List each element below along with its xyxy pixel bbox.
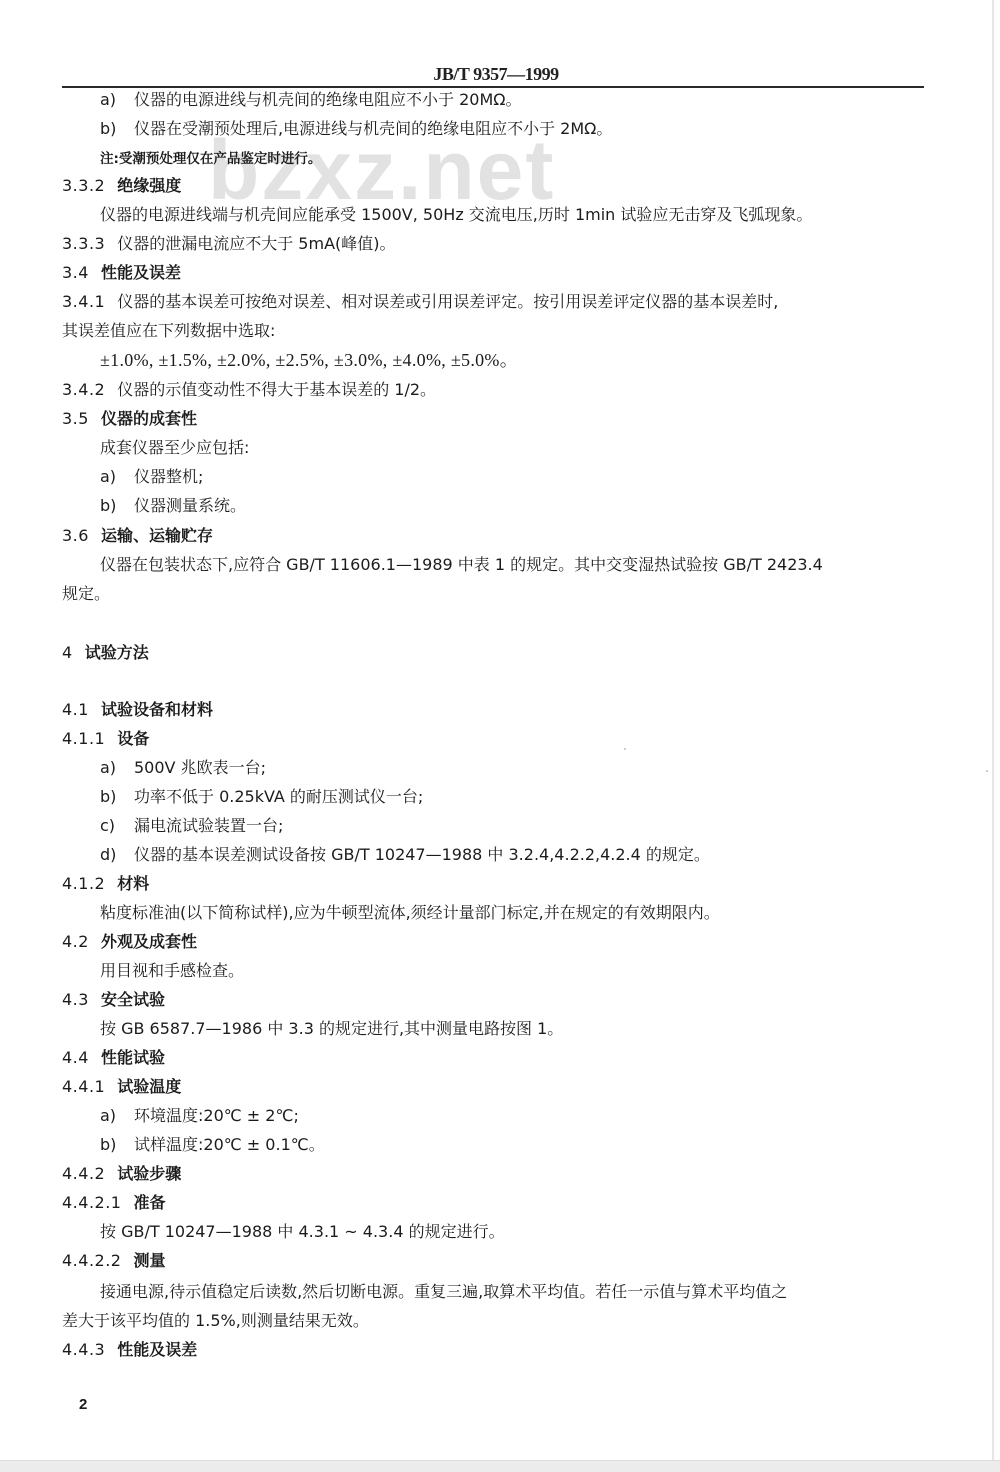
section-heading-4-4-3: 4.4.3性能及误差 [62,1340,197,1360]
section-heading-3-5: 3.5仪器的成套性 [62,409,197,429]
list-item: a)环境温度:20℃ ± 2℃; [100,1106,299,1126]
list-label: b) [100,496,134,516]
list-item: d)仪器的基本误差测试设备按 GB/T 10247—1988 中 3.2.4,4… [100,845,710,865]
list-item: c)漏电流试验装置一台; [100,816,283,836]
viewer-bottom-edge [0,1460,1000,1472]
section-heading-4-2: 4.2外观及成套性 [62,932,197,952]
section-text: 仪器的基本误差可按绝对误差、相对误差或引用误差评定。按引用误差评定仪器的基本误差… [117,292,778,311]
list-text: 功率不低于 0.25kVA 的耐压测试仪一台; [134,787,423,806]
list-item: b)仪器测量系统。 [100,496,246,516]
section-title: 安全试验 [101,990,165,1009]
list-label: b) [100,119,134,139]
list-label: c) [100,816,134,836]
section-title: 测量 [133,1251,165,1270]
section-title: 仪器的成套性 [101,409,197,428]
section-number: 4.4.2.2 [62,1251,121,1270]
list-text: 仪器在受潮预处理后,电源进线与机壳间的绝缘电阻应不小于 2MΩ。 [134,119,612,138]
chapter-heading-4: 4试验方法 [62,643,149,663]
list-text: 仪器测量系统。 [134,496,246,515]
list-item: b)仪器在受潮预处理后,电源进线与机壳间的绝缘电阻应不小于 2MΩ。 [100,119,612,139]
list-item: a)仪器的电源进线与机壳间的绝缘电阻应不小于 20MΩ。 [100,90,521,110]
section-title: 性能及误差 [117,1340,197,1359]
paragraph: 仪器在包装状态下,应符合 GB/T 11606.1—1989 中表 1 的规定。… [100,555,823,575]
error-values-list: ±1.0%, ±1.5%, ±2.0%, ±2.5%, ±3.0%, ±4.0%… [100,350,518,370]
section-title: 外观及成套性 [101,932,197,951]
section-title: 设备 [117,729,149,748]
section-number: 4.4 [62,1048,89,1067]
section-3-4-1: 3.4.1仪器的基本误差可按绝对误差、相对误差或引用误差评定。按引用误差评定仪器… [62,292,778,312]
section-number: 4 [62,643,73,662]
page-number: 2 [79,1396,87,1413]
paragraph-continuation: 规定。 [62,584,110,604]
section-number: 3.3.2 [62,176,105,195]
section-text: 仪器的泄漏电流应不大于 5mA(峰值)。 [117,234,395,253]
list-label: b) [100,787,134,807]
section-title: 运输、运输贮存 [101,526,213,545]
section-number: 4.1.1 [62,729,105,748]
list-item: b)试样温度:20℃ ± 0.1℃。 [100,1135,325,1155]
paragraph-continuation: 差大于该平均值的 1.5%,则测量结果无效。 [62,1311,369,1331]
list-text: 仪器整机; [134,467,203,486]
section-heading-4-4: 4.4性能试验 [62,1048,165,1068]
document-page: JB/T 9357—1999 bzxz.net a)仪器的电源进线与机壳间的绝缘… [0,0,994,1460]
section-text: 仪器的示值变动性不得大于基本误差的 1/2。 [117,380,436,399]
section-number: 3.3.3 [62,234,105,253]
standard-code-header: JB/T 9357—1999 [0,64,992,85]
list-label: d) [100,845,134,865]
list-text: 仪器的基本误差测试设备按 GB/T 10247—1988 中 3.2.4,4.2… [134,845,710,864]
section-heading-4-4-2-1: 4.4.2.1准备 [62,1193,166,1213]
paragraph: 按 GB 6587.7—1986 中 3.3 的规定进行,其中测量电路按图 1。 [100,1019,563,1039]
section-number: 3.4.2 [62,380,105,399]
header-rule [62,86,924,88]
section-heading-4-1: 4.1试验设备和材料 [62,700,213,720]
paragraph: 成套仪器至少应包括: [100,438,249,458]
section-number: 4.1 [62,700,89,719]
section-title: 材料 [117,874,149,893]
section-number: 4.3 [62,990,89,1009]
list-label: a) [100,467,134,487]
list-label: a) [100,90,134,110]
section-3-3-3: 3.3.3仪器的泄漏电流应不大于 5mA(峰值)。 [62,234,396,254]
section-number: 4.2 [62,932,89,951]
list-item: a)500V 兆欧表一台; [100,758,266,778]
list-text: 仪器的电源进线与机壳间的绝缘电阻应不小于 20MΩ。 [134,90,521,109]
paragraph-continuation: 其误差值应在下列数据中选取: [62,321,275,341]
section-title: 准备 [133,1193,165,1212]
section-title: 试验方法 [85,643,149,662]
section-heading-4-4-2-2: 4.4.2.2测量 [62,1251,166,1271]
list-label: a) [100,1106,134,1126]
section-number: 3.5 [62,409,89,428]
section-title: 试验温度 [117,1077,181,1096]
section-heading-4-4-1: 4.4.1试验温度 [62,1077,181,1097]
section-title: 试验步骤 [117,1164,181,1183]
list-item: b)功率不低于 0.25kVA 的耐压测试仪一台; [100,787,423,807]
scan-speck [624,748,626,750]
paragraph: 仪器的电源进线端与机壳间应能承受 1500V, 50Hz 交流电压,历时 1mi… [100,205,812,225]
watermark: bzxz.net [208,128,555,212]
section-title: 性能及误差 [101,263,181,282]
section-number: 3.4.1 [62,292,105,311]
paragraph: 按 GB/T 10247—1988 中 4.3.1 ~ 4.3.4 的规定进行。 [100,1222,505,1242]
section-title: 性能试验 [101,1048,165,1067]
section-number: 4.4.1 [62,1077,105,1096]
paragraph: 用目视和手感检查。 [100,961,244,981]
section-number: 4.4.3 [62,1340,105,1359]
section-heading-4-1-1: 4.1.1设备 [62,729,149,749]
list-text: 试样温度:20℃ ± 0.1℃。 [134,1135,325,1154]
section-heading-3-6: 3.6运输、运输贮存 [62,526,213,546]
section-number: 4.4.2 [62,1164,105,1183]
list-text: 漏电流试验装置一台; [134,816,283,835]
section-number: 3.4 [62,263,89,282]
section-number: 4.1.2 [62,874,105,893]
section-3-4-2: 3.4.2仪器的示值变动性不得大于基本误差的 1/2。 [62,380,436,400]
section-title: 试验设备和材料 [101,700,213,719]
section-heading-3-4: 3.4性能及误差 [62,263,181,283]
list-item: a)仪器整机; [100,467,203,487]
paragraph: 粘度标准油(以下简称试样),应为牛顿型流体,须经计量部门标定,并在规定的有效期限… [100,903,720,923]
list-label: a) [100,758,134,778]
section-heading-4-1-2: 4.1.2材料 [62,874,149,894]
section-number: 4.4.2.1 [62,1193,121,1212]
section-heading-4-4-2: 4.4.2试验步骤 [62,1164,181,1184]
list-label: b) [100,1135,134,1155]
scan-speck [986,770,988,772]
section-title: 绝缘强度 [117,176,181,195]
note-text: 注:受潮预处理仅在产品鉴定时进行。 [100,149,321,169]
paragraph: 接通电源,待示值稳定后读数,然后切断电源。重复三遍,取算术平均值。若任一示值与算… [100,1282,787,1302]
section-heading-3-3-2: 3.3.2绝缘强度 [62,176,181,196]
list-text: 500V 兆欧表一台; [134,758,266,777]
section-number: 3.6 [62,526,89,545]
list-text: 环境温度:20℃ ± 2℃; [134,1106,299,1125]
section-heading-4-3: 4.3安全试验 [62,990,165,1010]
